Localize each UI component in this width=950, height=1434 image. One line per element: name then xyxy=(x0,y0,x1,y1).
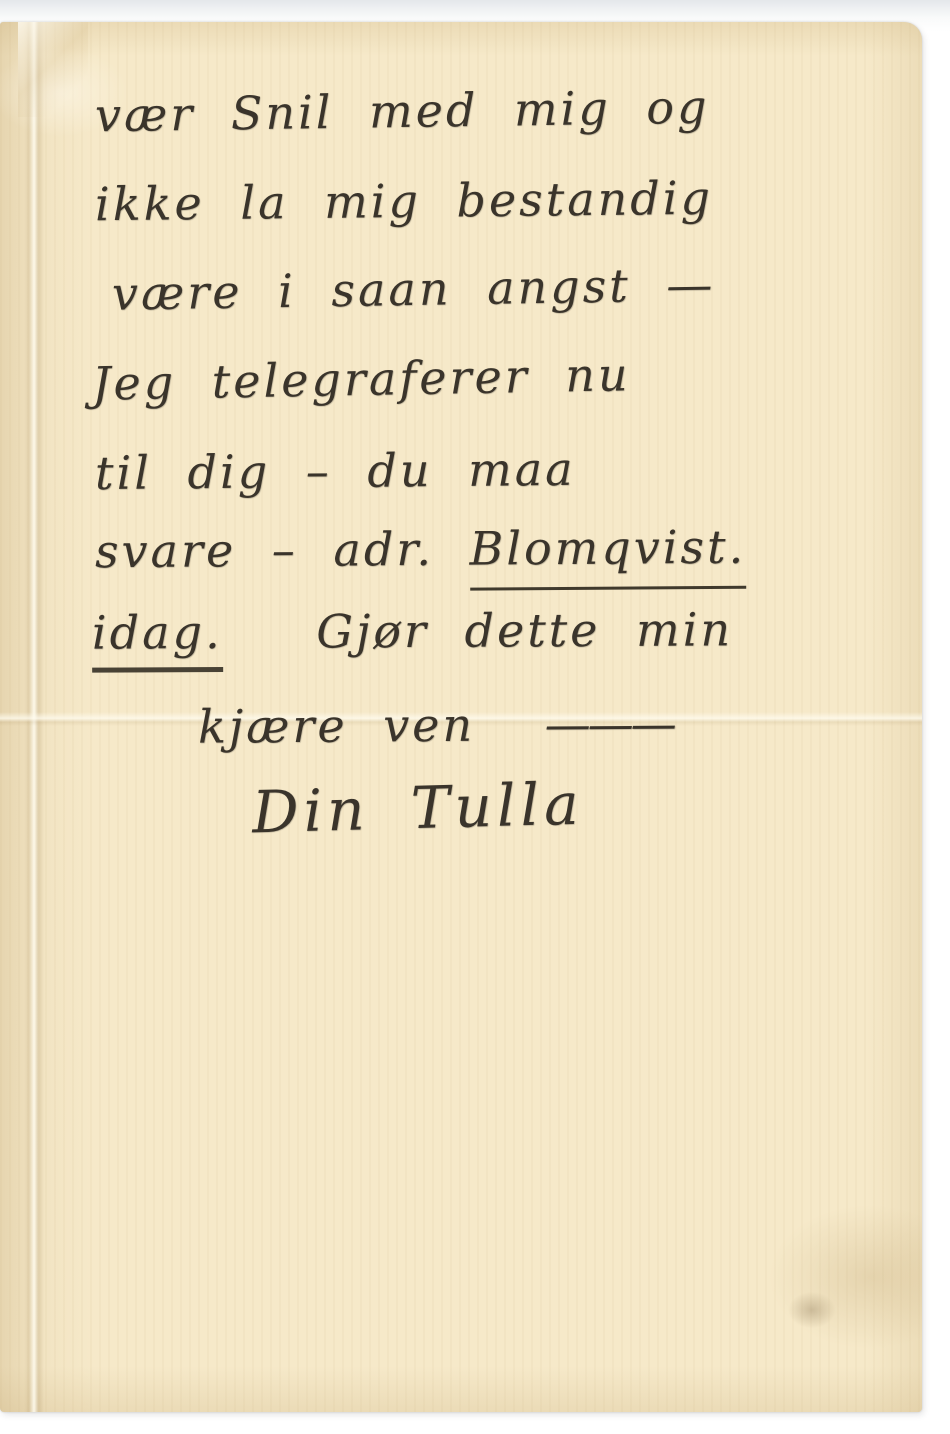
handwriting-line-6-text: svare – adr. xyxy=(95,522,434,578)
handwriting-line-6: svare – adr. Blomqvist. xyxy=(95,520,747,594)
signature-din-tulla: Din Tulla xyxy=(251,770,584,847)
handwritten-dash-stroke: ——— xyxy=(544,696,673,751)
handwriting-line-7-text: Gjør dette min xyxy=(316,602,733,658)
handwriting-line-7: idag. Gjør dette min xyxy=(92,602,733,672)
handwriting-line-8-text: kjære ven xyxy=(198,698,475,754)
paper-fold-top-left xyxy=(18,22,88,117)
underlined-word-blomqvist: Blomqvist. xyxy=(469,520,746,591)
scanned-letter-page: vær Snil med mig og ikke la mig bestandi… xyxy=(0,0,950,1434)
handwriting-line-2: ikke la mig bestandig xyxy=(95,171,713,231)
handwriting-line-3: være i saan angst — xyxy=(112,257,716,320)
handwriting-line-5: til dig – du maa xyxy=(95,442,576,500)
letter-paper: vær Snil med mig og ikke la mig bestandi… xyxy=(0,22,922,1412)
handwriting-line-1: vær Snil med mig og xyxy=(95,80,710,143)
handwriting-line-8: kjære ven ——— xyxy=(198,696,674,753)
handwriting-line-4: Jeg telegraferer nu xyxy=(92,347,631,410)
underlined-word-idag: idag. xyxy=(92,605,223,673)
